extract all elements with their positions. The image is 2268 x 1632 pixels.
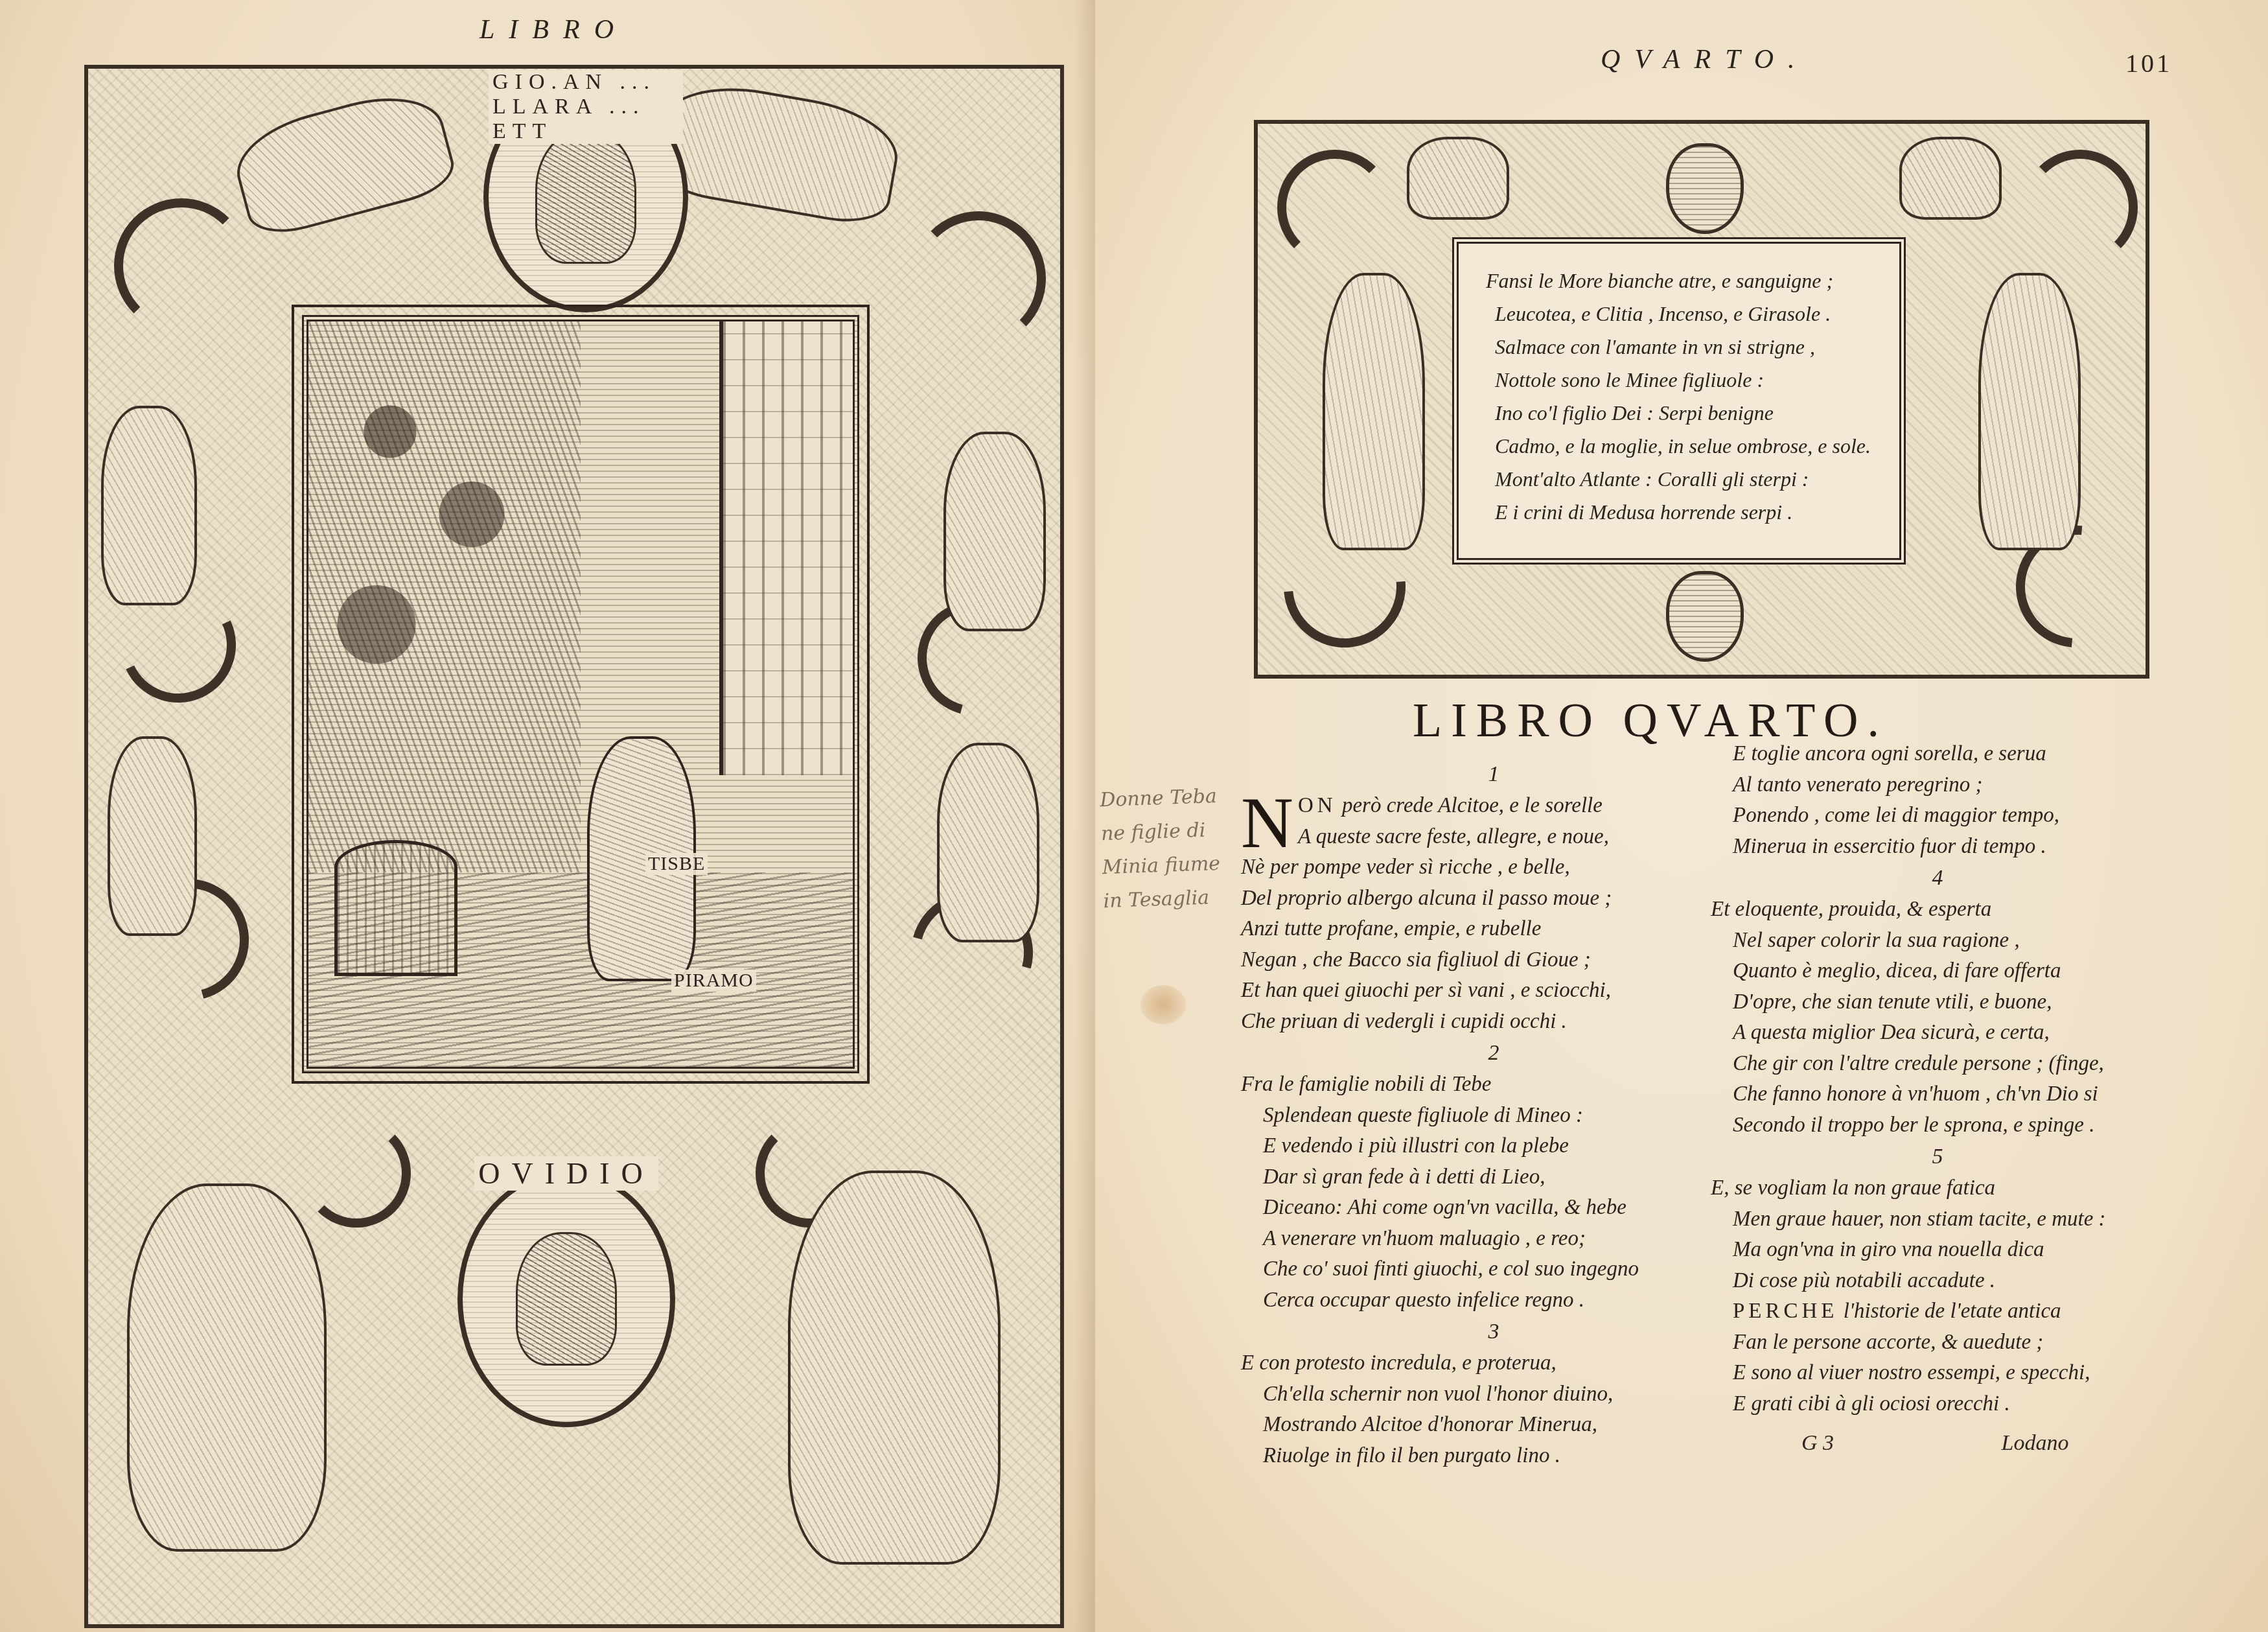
- portrait-medallion-anguillara: GIO.AN ... LLARA ... ETT: [483, 82, 688, 312]
- label-tisbe: TISBE: [645, 853, 708, 875]
- verse-text: l'historie de l'etate antica: [1844, 1300, 2061, 1323]
- stanza-1: N ON però crede Alcitoe, e le sorelle A …: [1241, 791, 1746, 1037]
- poem-line: Salmace con l'amante in vn si strigne ,: [1486, 331, 1899, 364]
- book-spread: LIBRO GIO.AN ... LLARA ... ETT: [0, 0, 2268, 1632]
- portrait-laureate: [535, 130, 636, 264]
- stanza-number: 5: [1711, 1141, 2164, 1173]
- verse-line: Fan le persone accorte, & auedute ;: [1711, 1327, 2164, 1358]
- poem-line: Ino co'l figlio Dei : Serpi benigne: [1486, 397, 1899, 430]
- putto-figure-left: [101, 406, 197, 605]
- scroll-ornament: [302, 1119, 411, 1228]
- cherub-figure-right: [1899, 137, 2002, 220]
- verse-line: Ch'ella schernir non vuol l'honor diuino…: [1241, 1379, 1746, 1410]
- verse-line: D'opre, che sian tenute vtili, e buone,: [1711, 987, 2164, 1018]
- poem-line: Cadmo, e la moglie, in selue ombrose, e …: [1486, 430, 1899, 463]
- seated-figure-right: [943, 432, 1046, 631]
- putto-figure-left-lower: [108, 736, 197, 936]
- verse-line: Splendean queste figliuole di Mineo :: [1241, 1101, 1746, 1132]
- drop-cap-initial: N: [1241, 791, 1293, 856]
- small-caps-perche: PERCHE: [1733, 1300, 1838, 1323]
- verse-line: E vedendo i più illustri con la plebe: [1241, 1131, 1746, 1162]
- poem-line: Fansi le More bianche atre, e sanguigne …: [1486, 264, 1899, 297]
- marginalia-line: ne figlie di: [1100, 812, 1257, 851]
- medallion-inscription: GIO.AN ... LLARA ... ETT: [489, 70, 683, 144]
- verse-line: E toglie ancora ogni sorella, e serua: [1711, 739, 2164, 770]
- verse-line: Et eloquente, prouida, & esperta: [1711, 894, 2164, 926]
- text-column-left: 1 N ON però crede Alcitoe, e le sorelle …: [1241, 758, 1746, 1471]
- medallion-inscription-ovidio: OVIDIO: [474, 1156, 658, 1191]
- running-head-left: LIBRO: [480, 14, 628, 45]
- verse-line: Di cose più notabili accadute .: [1711, 1266, 2164, 1297]
- verse-line: Al tanto venerato peregrino ;: [1711, 770, 2164, 801]
- text-column-right: E toglie ancora ogni sorella, e serua Al…: [1711, 739, 2164, 1419]
- verse-line: Ma ogn'vna in giro vna nouella dica: [1711, 1235, 2164, 1266]
- verse-text: però crede Alcitoe, e le sorelle: [1342, 794, 1603, 817]
- verse-line: Dar sì gran fede à i detti di Lieo,: [1241, 1162, 1746, 1193]
- portrait-medallion-ovid: OVIDIO: [457, 1171, 675, 1427]
- verse-line: E sono al viuer nostro essempi, e specch…: [1711, 1358, 2164, 1389]
- caryatid-right: [1978, 273, 2081, 550]
- poem-line: Mont'alto Atlante : Coralli gli sterpi :: [1486, 463, 1899, 496]
- verse-line: Del proprio albergo alcuna il passo moue…: [1241, 883, 1746, 915]
- verse-line: PERCHE l'historie de l'etate antica: [1711, 1296, 2164, 1327]
- trees-illustration: [308, 321, 581, 872]
- stanza-4: Et eloquente, prouida, & esperta Nel sap…: [1711, 894, 2164, 1141]
- river-god-figure-right: [788, 1171, 1001, 1565]
- stanza-3: E con protesto incredula, e proterua, Ch…: [1241, 1348, 1746, 1471]
- poem-line: Nottole sono le Minee figliuole :: [1486, 364, 1899, 397]
- portrait-ovid: [516, 1232, 617, 1366]
- stanza-number: 2: [1241, 1037, 1746, 1069]
- running-head-right: QVARTO.: [1601, 44, 1809, 75]
- mask-ornament-bottom: [1666, 571, 1744, 662]
- verse-line: Cerca occupar questo infelice regno .: [1241, 1285, 1746, 1316]
- cherub-figure-left: [1407, 137, 1509, 220]
- marginalia-line: Donne Teba: [1099, 778, 1256, 817]
- page-number: 101: [2125, 48, 2172, 78]
- verse-line: Secondo il troppo ber le sprona, e sping…: [1711, 1110, 2164, 1141]
- reclining-figure-left: [227, 82, 460, 242]
- verse-line: E grati cibi à gli ociosi orecchi .: [1711, 1389, 2164, 1420]
- verse-line: Et han quei giuochi per sì vani , e scio…: [1241, 975, 1746, 1007]
- satyr-figure-left: [127, 1183, 327, 1552]
- marginalia-line: Minia fiume: [1102, 846, 1258, 885]
- verse-line: Ponendo , come lei di maggior tempo,: [1711, 800, 2164, 832]
- well-illustration: [334, 840, 457, 976]
- stanza-1-continued: E toglie ancora ogni sorella, e serua Al…: [1711, 739, 2164, 862]
- small-caps-opening: ON: [1298, 794, 1337, 817]
- reclining-figure-right: [650, 75, 905, 229]
- verse-line: Riuolge in filo il ben purgato lino .: [1241, 1441, 1746, 1472]
- verse-line: Che priuan di vedergli i cupidi occhi .: [1241, 1007, 1746, 1038]
- ornamental-cartouche: Fansi le More bianche atre, e sanguigne …: [1254, 120, 2149, 679]
- verse-line: Minerua in essercitio fuor di tempo .: [1711, 832, 2164, 863]
- verse-line: Che fanno honore à vn'huom , ch'vn Dio s…: [1711, 1079, 2164, 1110]
- verse-line: A queste sacre feste, allegre, e noue,: [1241, 822, 1746, 853]
- marginalia-line: in Tesaglia: [1103, 880, 1260, 918]
- verse-line: Quanto è meglio, dicea, di fare offerta: [1711, 956, 2164, 987]
- warrior-figure-right: [937, 743, 1039, 942]
- verse-line: Che co' suoi finti giuochi, e col suo in…: [1241, 1254, 1746, 1285]
- pyramus-thisbe-scene: TISBE PIRAMO: [302, 315, 859, 1073]
- handwritten-marginalia: Donne Teba ne figlie di Minia fiume in T…: [1099, 778, 1259, 918]
- verse-line: Fra le famiglie nobili di Tebe: [1241, 1069, 1746, 1101]
- poem-line: Leucotea, e Clitia , Incenso, e Girasole…: [1486, 297, 1899, 331]
- verse-line: E, se vogliam la non graue fatica: [1711, 1173, 2164, 1204]
- ornamental-woodcut-frame: GIO.AN ... LLARA ... ETT TISBE PIRAMO OV…: [84, 65, 1064, 1628]
- scroll-ornament: [911, 211, 1046, 346]
- verse-line: A venerare vn'huom maluagio , e reo;: [1241, 1224, 1746, 1255]
- catchword: Lodano: [2002, 1431, 2069, 1455]
- stanza-number: 1: [1241, 758, 1746, 791]
- verse-line: Che gir con l'altre credule persone ; (f…: [1711, 1049, 2164, 1080]
- mask-ornament-top: [1666, 143, 1744, 234]
- verse-line: Anzi tutte profane, empie, e rubelle: [1241, 914, 1746, 945]
- footer-line: G 3 Lodano: [1801, 1431, 2068, 1456]
- scroll-ornament: [1277, 150, 1393, 265]
- verse-line: Nel saper colorir la sua ragione ,: [1711, 926, 2164, 957]
- verse-line: E con protesto incredula, e proterua,: [1241, 1348, 1746, 1379]
- left-page: LIBRO GIO.AN ... LLARA ... ETT: [0, 0, 1095, 1632]
- stanza-5: E, se vogliam la non graue fatica Men gr…: [1711, 1173, 2164, 1419]
- verse-line: A questa miglior Dea sicurà, e certa,: [1711, 1018, 2164, 1049]
- stanza-2: Fra le famiglie nobili di Tebe Splendean…: [1241, 1069, 1746, 1316]
- caryatid-left: [1323, 273, 1425, 550]
- label-piramo: PIRAMO: [671, 970, 756, 992]
- verse-line: Men graue hauer, non stiam tacite, e mut…: [1711, 1204, 2164, 1235]
- building-illustration: [719, 321, 853, 775]
- verse-line: Diceano: Ahi come ogn'vn vacilla, & hebe: [1241, 1193, 1746, 1224]
- stanza-number: 3: [1241, 1316, 1746, 1348]
- foxing-stain: [1140, 985, 1186, 1024]
- verse-line: ON però crede Alcitoe, e le sorelle: [1241, 791, 1746, 822]
- verse-line: Nè per pompe veder sì ricche , e belle,: [1241, 852, 1746, 883]
- poem-line: E i crini di Medusa horrende serpi .: [1486, 496, 1899, 529]
- verse-line: Negan , che Bacco sia figliuol di Gioue …: [1241, 945, 1746, 976]
- scroll-ornament: [2022, 150, 2138, 265]
- verse-line: Mostrando Alcitoe d'honorar Minerua,: [1241, 1410, 1746, 1441]
- argument-poem-box: Fansi le More bianche atre, e sanguigne …: [1452, 237, 1906, 565]
- signature-mark: G 3: [1801, 1431, 1996, 1456]
- scroll-ornament: [114, 198, 249, 333]
- stanza-number: 4: [1711, 862, 2164, 894]
